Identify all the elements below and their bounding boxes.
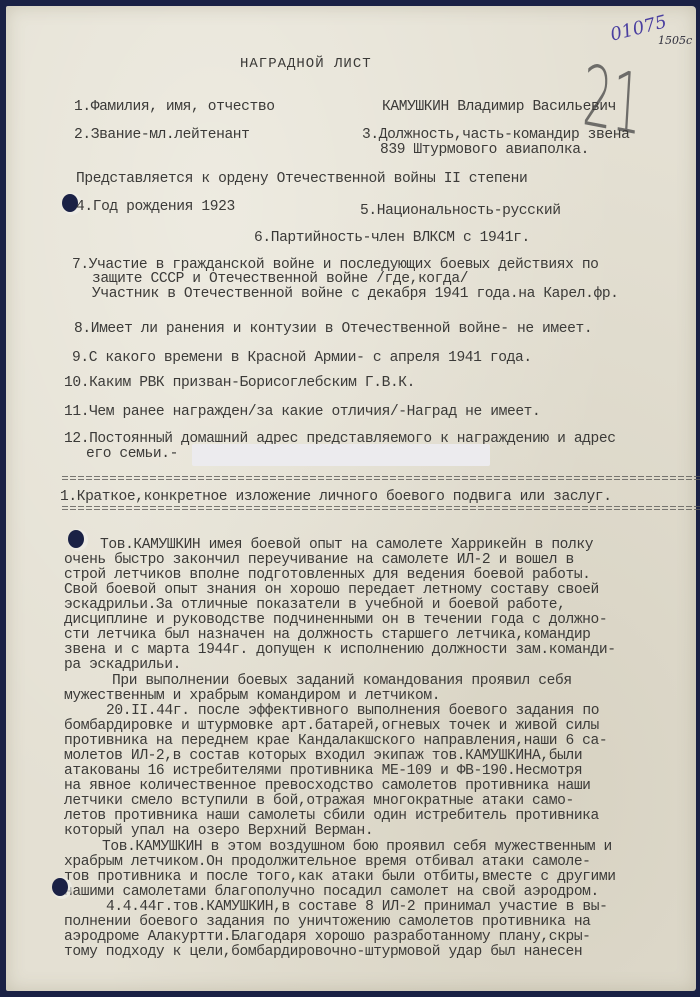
narrative-line: эскадрильи.За отличные показатели в учеб… [64, 598, 565, 613]
narrative-line: Тов.КАМУШКИН имея боевой опыт на самолет… [100, 538, 593, 553]
field-name-value: КАМУШКИН Владимир Васильевич [382, 100, 616, 115]
archive-sub-handwritten: 1505с [658, 34, 692, 47]
narrative-line: ра эскадрильи. [64, 658, 181, 673]
document-title: НАГРАДНОЙ ЛИСТ [240, 57, 372, 72]
narrative-line: При выполнении боевых заданий командован… [112, 674, 572, 689]
narrative-line: атакованы 16 истребителями противника МЕ… [64, 764, 582, 779]
divider-bottom [62, 506, 700, 511]
divider-top [62, 476, 700, 481]
field-birth-year: 4.Год рождения 1923 [76, 200, 235, 215]
punch-hole [52, 878, 68, 896]
narrative-line: который упал на озеро Верхний Верман. [64, 824, 373, 839]
redacted-address [192, 444, 490, 466]
narrative-line: молетов ИЛ-2,в состав которых входил эки… [64, 749, 582, 764]
narrative-line: звена и с марта 1944г. допущен к исполне… [64, 643, 616, 658]
narrative-line: 20.II.44г. после эффективного выполнения… [106, 704, 599, 719]
narrative-line: на явное количественное превосходство са… [64, 779, 591, 794]
narrative-line: летов противника наши самолеты сбили оди… [64, 809, 599, 824]
narrative-line: очень быстро закончил переучивание на са… [64, 553, 574, 568]
narrative-line: летчики смело вступили в бой,отражая мно… [64, 794, 574, 809]
narrative-line: храбрым летчиком.Он продолжительное врем… [64, 855, 591, 870]
narrative-line: Свой боевой опыт знания он хорошо переда… [64, 583, 599, 598]
narrative-line: Тов.КАМУШКИН в этом воздушном бою прояви… [102, 840, 612, 855]
field-party: 6.Партийность-член ВЛКСМ с 1941г. [254, 231, 530, 246]
field-name-label: 1.Фамилия, имя, отчество [74, 100, 275, 115]
field-wounds: 8.Имеет ли ранения и контузии в Отечеств… [74, 322, 592, 337]
narrative-line: тому подходу к цели,бомбардировочно-штур… [64, 945, 582, 960]
narrative-line: аэродроме Алакуртти.Благодаря хорошо раз… [64, 930, 591, 945]
narrative-line: сти летчика был назначен на должность ст… [64, 628, 591, 643]
narrative-line: мужественным и храбрым командиром и летч… [64, 689, 440, 704]
field-address-line2: его семьи.- [86, 447, 178, 462]
narrative-line: 4.4.44г.тов.КАМУШКИН,в составе 8 ИЛ-2 пр… [106, 900, 607, 915]
field-rank: 2.Звание-мл.лейтенант [74, 128, 250, 143]
field-position-line2: 839 Штурмового авиаполка. [380, 143, 589, 158]
punch-hole [68, 530, 84, 548]
narrative-line: тов противника и после того,как атаки бы… [64, 870, 616, 885]
narrative-line: полнении боевого задания по уничтожению … [64, 915, 591, 930]
field-red-army-since: 9.С какого времени в Красной Армии- с ап… [72, 351, 532, 366]
narrative-line: дисциплине и руководстве подчиненными он… [64, 613, 607, 628]
field-draft-office: 10.Каким РВК призван-Борисоглебским Г.В.… [64, 376, 415, 391]
field-war-participation-line3: Участник в Отечественной войне с декабря… [92, 287, 619, 302]
field-position-line1: 3.Должность,часть-командир звена [362, 128, 629, 143]
section-heading: 1.Краткое,конкретное изложение личного б… [60, 490, 612, 505]
award-sheet-page: 01075 1505с 21 НАГРАДНОЙ ЛИСТ 1.Фамилия,… [6, 6, 696, 991]
narrative-line: строй летчиков вполне подготовленных для… [64, 568, 591, 583]
narrative-line: противника на переднем крае Кандалакшско… [64, 734, 607, 749]
field-war-participation-line2: защите СССР и Отечественной войне /где,к… [92, 272, 468, 287]
field-previous-awards: 11.Чем ранее награжден/за какие отличия/… [64, 405, 540, 420]
nomination-line: Представляется к ордену Отечественной во… [76, 172, 527, 187]
narrative-line: бомбардировке и штурмовке арт.батарей,ог… [64, 719, 599, 734]
field-nationality: 5.Национальность-русский [360, 204, 561, 219]
narrative-line: нашими самолетами благополучно посадил с… [64, 885, 599, 900]
